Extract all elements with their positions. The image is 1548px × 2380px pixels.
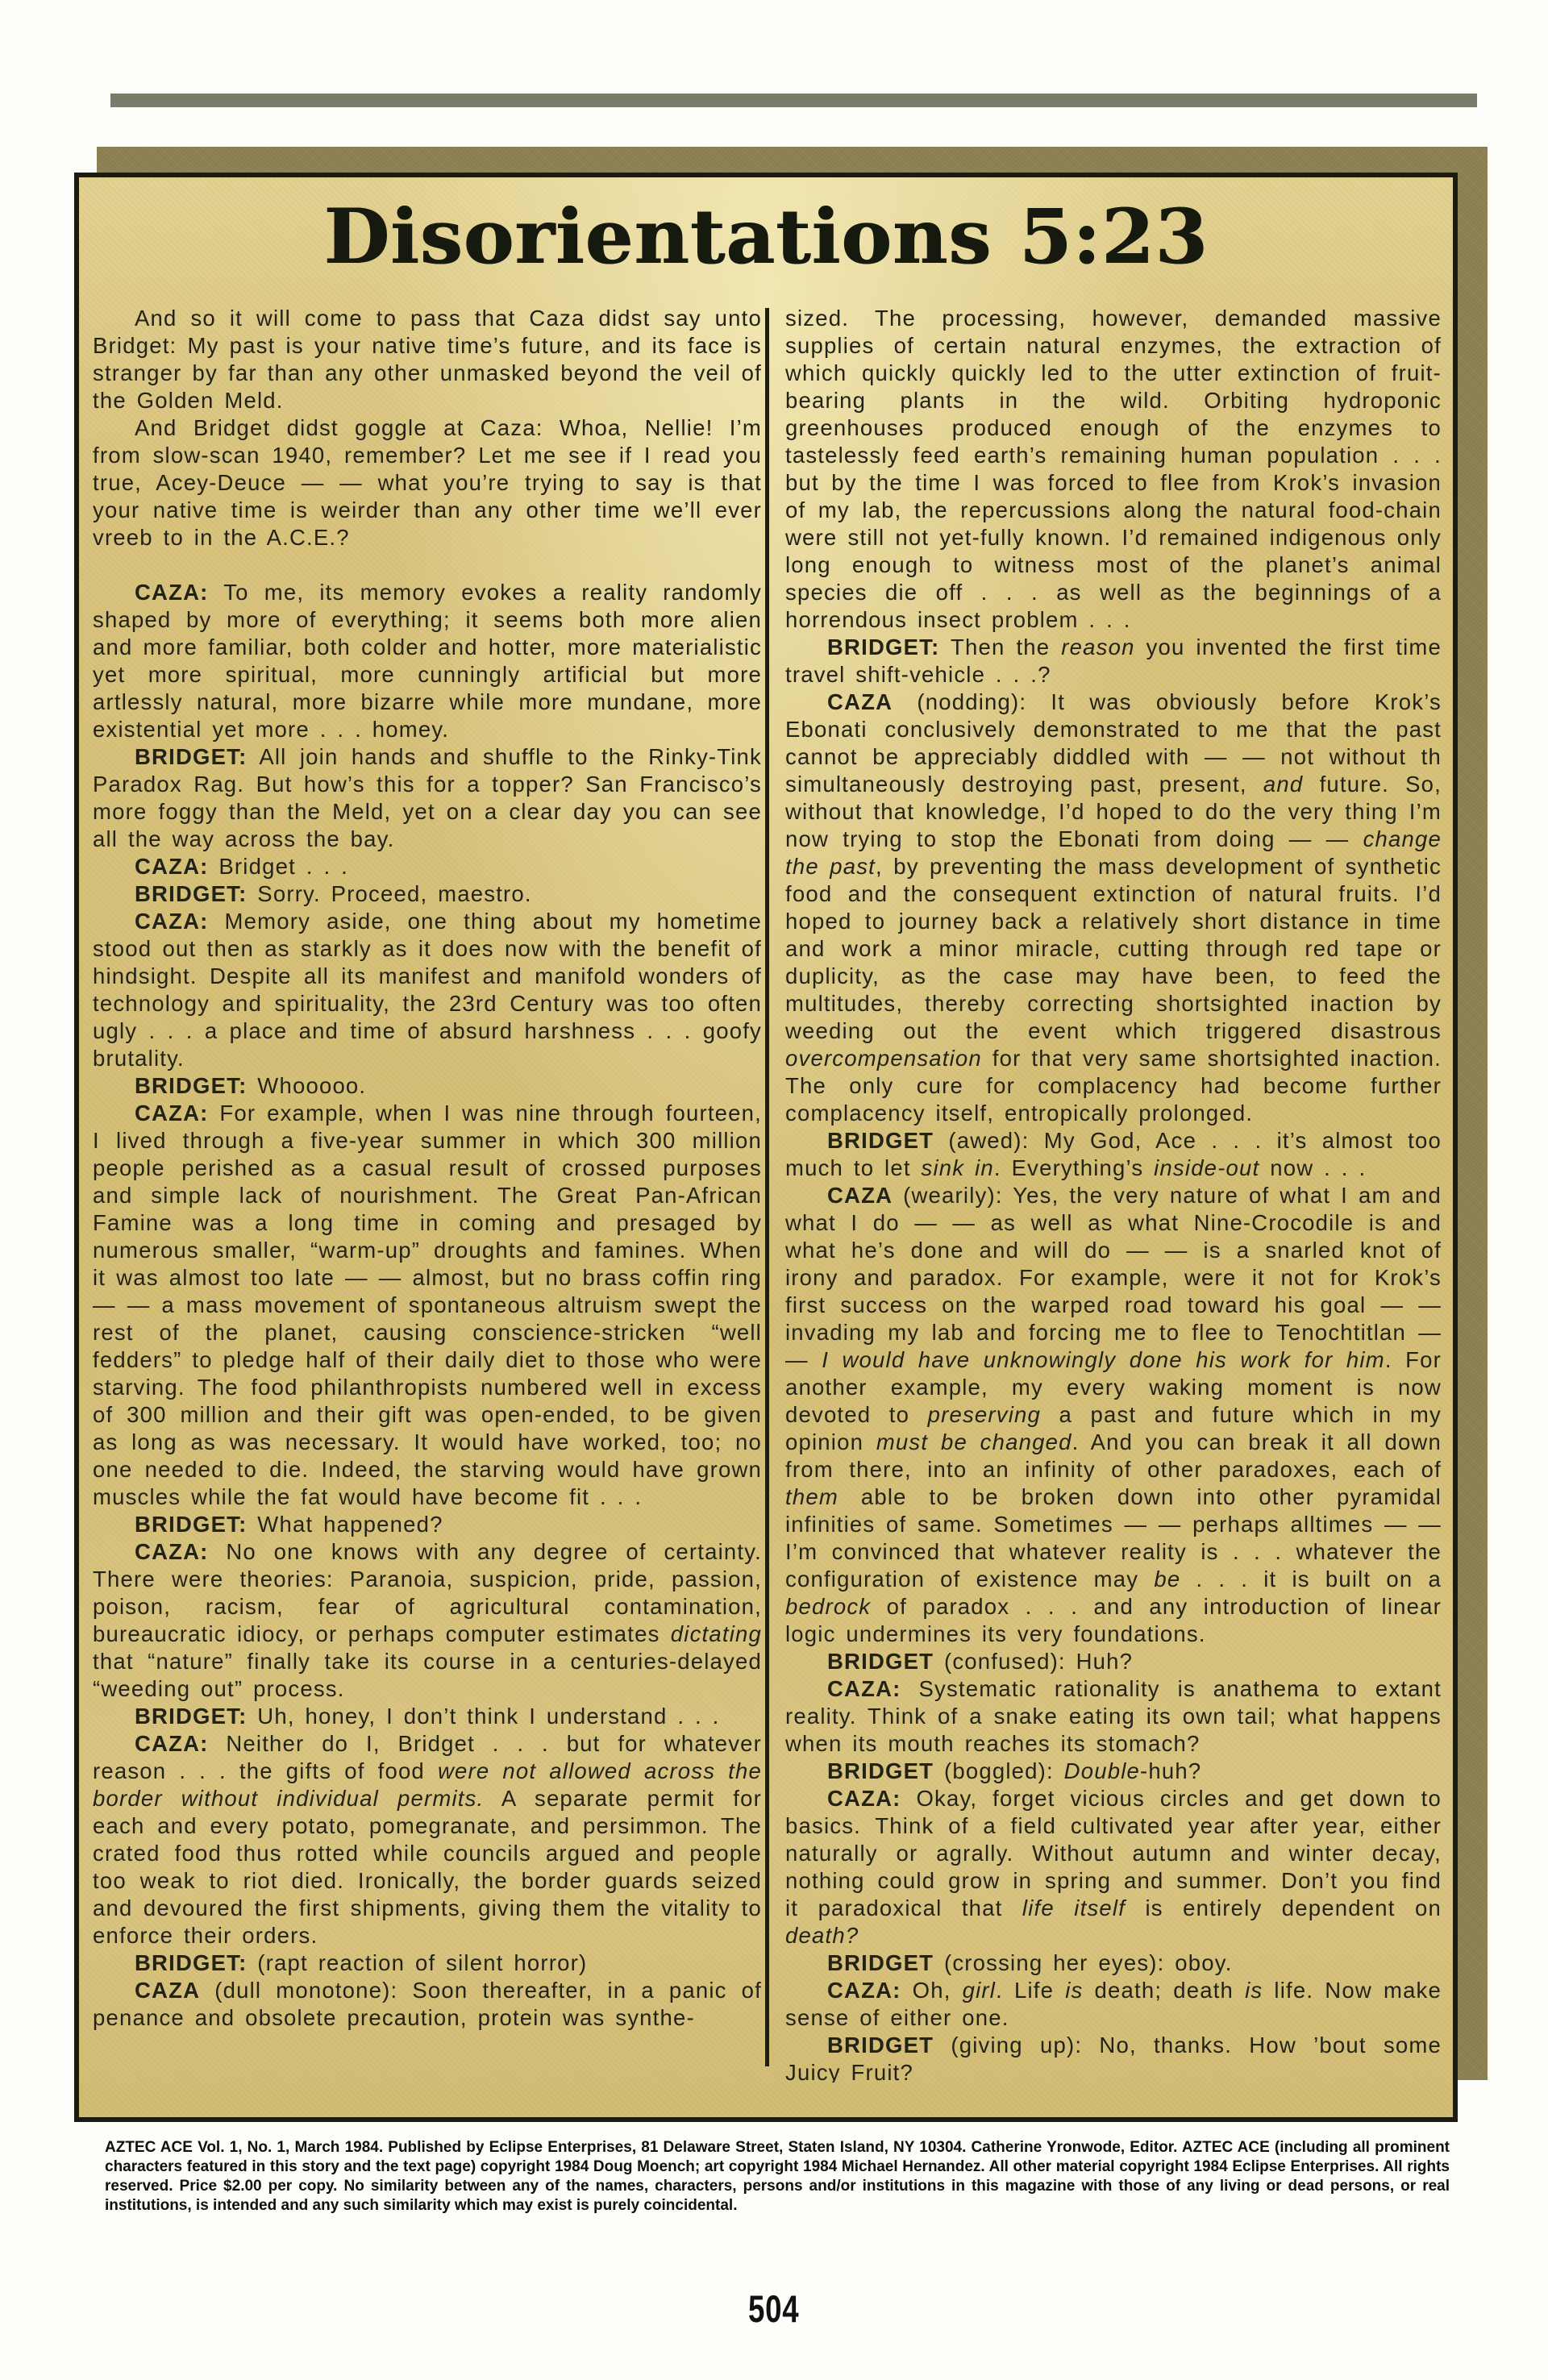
dialogue-text: sized. The processing, however, demanded… xyxy=(785,306,1442,632)
dialogue-paragraph: CAZA: No one knows with any degree of ce… xyxy=(93,1538,762,1703)
dialogue-text: Whooooo. xyxy=(247,1073,366,1098)
emphasized-text: CAZA: xyxy=(135,909,209,934)
comic-text-page: Disorientations 5:23 And so it will come… xyxy=(74,173,1458,2122)
dialogue-text: that “nature” finally take its course in… xyxy=(93,1649,762,1701)
emphasized-text: overcompensation xyxy=(785,1046,982,1071)
column-divider xyxy=(765,308,769,2066)
emphasized-text: is xyxy=(1245,1978,1263,2003)
column-left: And so it will come to pass that Caza di… xyxy=(93,305,762,2082)
dialogue-paragraph: CAZA: Oh, girl. Life is death; death is … xyxy=(785,1977,1442,2032)
text-columns: And so it will come to pass that Caza di… xyxy=(79,305,1453,2082)
dialogue-text: , by preventing the mass development of … xyxy=(785,854,1442,1043)
emphasized-text: BRIDGET: xyxy=(135,881,247,906)
emphasized-text: BRIDGET xyxy=(827,1950,934,1975)
dialogue-paragraph: BRIDGET: Then the reason you invented th… xyxy=(785,634,1442,689)
dialogue-paragraph: BRIDGET: All join hands and shuffle to t… xyxy=(93,743,762,853)
emphasized-text: CAZA: xyxy=(135,1731,209,1756)
emphasized-text: life itself xyxy=(1022,1895,1126,1920)
dialogue-paragraph: CAZA: Okay, forget vicious circles and g… xyxy=(785,1785,1442,1949)
dialogue-text: . Everything’s xyxy=(994,1155,1154,1180)
dialogue-text: is entirely dependent on xyxy=(1126,1895,1442,1920)
emphasized-text: BRIDGET: xyxy=(135,1512,247,1537)
emphasized-text: CAZA xyxy=(827,1183,893,1208)
emphasized-text: dictating xyxy=(671,1621,762,1646)
emphasized-text: CAZA: xyxy=(135,854,209,879)
dialogue-text: (rapt reaction of silent horror) xyxy=(247,1950,587,1975)
dialogue-paragraph: BRIDGET (boggled): Double-huh? xyxy=(785,1758,1442,1785)
emphasized-text: CAZA: xyxy=(827,1676,901,1701)
dialogue-text: And Bridget didst goggle at Caza: Whoa, … xyxy=(93,415,762,550)
emphasized-text: CAZA: xyxy=(135,580,209,605)
dialogue-paragraph: CAZA (nodding): It was obviously before … xyxy=(785,689,1442,1127)
dialogue-paragraph: And Bridget didst goggle at Caza: Whoa, … xyxy=(93,414,762,551)
emphasized-text: them xyxy=(785,1484,838,1509)
indicia-text: AZTEC ACE Vol. 1, No. 1, March 1984. Pub… xyxy=(105,2138,1450,2216)
page-title: Disorientations 5:23 xyxy=(79,177,1453,281)
column-right: sized. The processing, however, demanded… xyxy=(785,305,1442,2082)
scan-artifact-strip xyxy=(110,94,1477,107)
dialogue-text: Then the xyxy=(939,635,1061,659)
dialogue-text: (wearily): Yes, the very nature of what … xyxy=(785,1183,1442,1372)
dialogue-paragraph: CAZA: Systematic rationality is anathema… xyxy=(785,1675,1442,1758)
dialogue-paragraph: BRIDGET (awed): My God, Ace . . . it’s a… xyxy=(785,1127,1442,1182)
dialogue-paragraph: sized. The processing, however, demanded… xyxy=(785,305,1442,634)
page-number-container: 504 xyxy=(0,2286,1548,2331)
dialogue-paragraph: BRIDGET: Whooooo. xyxy=(93,1072,762,1100)
emphasized-text: bedrock xyxy=(785,1594,871,1619)
emphasized-text: BRIDGET xyxy=(827,1758,934,1783)
dialogue-text: . Life xyxy=(996,1978,1065,2003)
emphasized-text: death? xyxy=(785,1923,859,1948)
emphasized-text: is xyxy=(1065,1978,1083,2003)
dialogue-paragraph: CAZA: Memory aside, one thing about my h… xyxy=(93,908,762,1072)
dialogue-text: -huh? xyxy=(1140,1758,1201,1783)
emphasized-text: BRIDGET: xyxy=(827,635,939,659)
emphasized-text: preserving xyxy=(928,1402,1041,1427)
emphasized-text: BRIDGET: xyxy=(135,1073,247,1098)
dialogue-paragraph: BRIDGET: Uh, honey, I don’t think I unde… xyxy=(93,1703,762,1730)
emphasized-text: CAZA: xyxy=(135,1101,209,1126)
dialogue-text: death; death xyxy=(1083,1978,1245,2003)
dialogue-text: (confused): Huh? xyxy=(934,1649,1133,1674)
emphasized-text: CAZA xyxy=(135,1978,200,2003)
dialogue-text: What happened? xyxy=(247,1512,443,1537)
dialogue-text: Sorry. Proceed, maestro. xyxy=(247,881,531,906)
emphasized-text: CAZA: xyxy=(827,1978,901,2003)
dialogue-text: Bridget . . . xyxy=(209,854,348,879)
emphasized-text: BRIDGET xyxy=(827,2033,934,2058)
emphasized-text: BRIDGET: xyxy=(135,1704,247,1729)
dialogue-paragraph: CAZA: Bridget . . . xyxy=(93,853,762,880)
dialogue-paragraph: CAZA: To me, its memory evokes a reality… xyxy=(93,579,762,743)
dialogue-paragraph: BRIDGET: (rapt reaction of silent horror… xyxy=(93,1949,762,1977)
dialogue-paragraph: And so it will come to pass that Caza di… xyxy=(93,305,762,414)
scanned-comic-text-page: Disorientations 5:23 And so it will come… xyxy=(0,0,1548,2380)
emphasized-text: BRIDGET: xyxy=(135,1950,247,1975)
dialogue-text: . . . xyxy=(1233,1539,1282,1564)
dialogue-paragraph: BRIDGET (confused): Huh? xyxy=(785,1648,1442,1675)
emphasized-text: reason xyxy=(1061,635,1134,659)
emphasized-text: BRIDGET: xyxy=(135,744,247,769)
emphasized-text: CAZA: xyxy=(827,1786,901,1811)
dialogue-paragraph: CAZA: For example, when I was nine throu… xyxy=(93,1100,762,1511)
emphasized-text: be xyxy=(1154,1567,1180,1592)
page-number: 504 xyxy=(748,2286,800,2331)
dialogue-text: (boggled): xyxy=(934,1758,1064,1783)
emphasized-text: CAZA: xyxy=(135,1539,209,1564)
emphasized-text: sink in xyxy=(922,1155,994,1180)
emphasized-text: inside-out xyxy=(1154,1155,1259,1180)
emphasized-text: I would have unknowingly done his work f… xyxy=(822,1347,1385,1372)
dialogue-text: now . . . xyxy=(1259,1155,1366,1180)
dialogue-paragraph: CAZA: Neither do I, Bridget . . . but fo… xyxy=(93,1730,762,1949)
emphasized-text: girl xyxy=(963,1978,996,2003)
dialogue-text: And so it will come to pass that Caza di… xyxy=(93,306,762,413)
emphasized-text: BRIDGET xyxy=(827,1128,934,1153)
dialogue-paragraph: BRIDGET: What happened? xyxy=(93,1511,762,1538)
dialogue-text: . . . it is built on a xyxy=(1180,1567,1442,1592)
dialogue-paragraph: CAZA (dull monotone): Soon thereafter, i… xyxy=(93,1977,762,2032)
emphasized-text: must be changed xyxy=(876,1429,1072,1454)
dialogue-text: (crossing her eyes): oboy. xyxy=(934,1950,1232,1975)
dialogue-paragraph: BRIDGET (crossing her eyes): oboy. xyxy=(785,1949,1442,1977)
dialogue-paragraph: BRIDGET (giving up): No, thanks. How ’bo… xyxy=(785,2032,1442,2082)
dialogue-text: Oh, xyxy=(901,1978,963,2003)
emphasized-text: CAZA xyxy=(827,689,893,714)
dialogue-text: For example, when I was nine through fou… xyxy=(93,1101,762,1509)
dialogue-paragraph: BRIDGET: Sorry. Proceed, maestro. xyxy=(93,880,762,908)
dialogue-text: of paradox . . . and any introduction of… xyxy=(785,1594,1442,1646)
emphasized-text: Double xyxy=(1064,1758,1140,1783)
emphasized-text: BRIDGET xyxy=(827,1649,934,1674)
emphasized-text: and xyxy=(1263,772,1303,797)
dialogue-text: Uh, honey, I don’t think I understand . … xyxy=(247,1704,719,1729)
dialogue-paragraph: CAZA (wearily): Yes, the very nature of … xyxy=(785,1182,1442,1648)
